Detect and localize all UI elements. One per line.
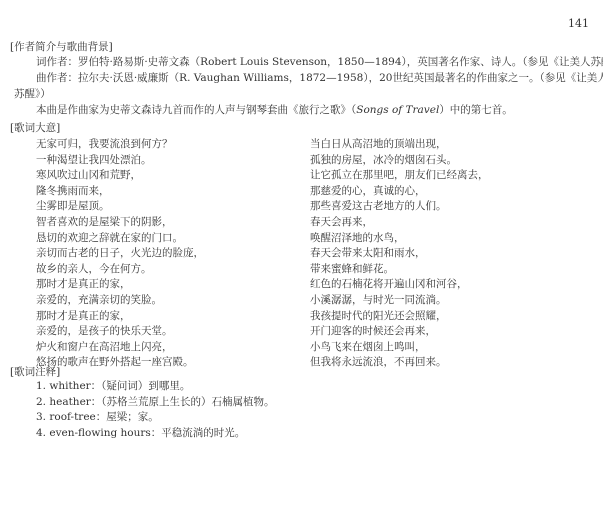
lyrics-right-column: 当白日从高沼地的顶端出现， 孤独的房屋，冰冷的烟囱石头。 让它孤立在那里吧，朋友… — [310, 137, 489, 371]
lyric-line: 春天会再来， — [310, 215, 489, 231]
lyric-line: 那慈爱的心，真诚的心， — [310, 184, 489, 200]
lyric-line: 带来蜜蜂和鲜花。 — [310, 262, 489, 278]
lyric-line: 当白日从高沼地的顶端出现， — [310, 137, 489, 153]
heading-notes: [歌词注释] — [10, 364, 60, 379]
lyric-line: 但我将永远流浪，不再回来。 — [310, 355, 489, 371]
lyricist-info: 词作者：罗伯特·路易斯·史蒂文森（Robert Louis Stevenson，… — [36, 55, 603, 70]
note-item: 4. even-flowing hours：平稳流淌的时光。 — [36, 426, 275, 442]
lyric-line: 隆冬携雨而来， — [36, 184, 204, 200]
page-number: 141 — [568, 17, 589, 30]
heading-meaning: [歌词大意] — [10, 120, 60, 135]
lyric-line: 唤醒沼泽地的水鸟， — [310, 231, 489, 247]
lyric-line: 一种渴望让我四处漂泊。 — [36, 153, 204, 169]
lyric-line: 那时才是真正的家， — [36, 309, 204, 325]
lyric-line: 小溪潺潺，与时光一同流淌。 — [310, 293, 489, 309]
lyric-line: 让它孤立在那里吧，朋友们已经离去， — [310, 168, 489, 184]
lyrics-left-column: 无家可归，我要流浪到何方？ 一种渴望让我四处漂泊。 寒风吹过山冈和荒野， 隆冬携… — [36, 137, 204, 371]
lyric-line: 孤独的房屋，冰冷的烟囱石头。 — [310, 153, 489, 169]
lyric-line: 那些喜爱这古老地方的人们。 — [310, 199, 489, 215]
lyric-line: 恳切的欢迎之辞就在家的门口。 — [36, 231, 204, 247]
lyric-line: 红色的石楠花将开遍山冈和河谷， — [310, 277, 489, 293]
lyric-line: 炉火和窗户在高沼地上闪亮， — [36, 340, 204, 356]
lyric-line: 亲爱的，是孩子的快乐天堂。 — [36, 324, 204, 340]
lyric-line: 悠扬的歌声在野外搭起一座宫殿。 — [36, 355, 204, 371]
lyric-line: 故乡的亲人，今在何方。 — [36, 262, 204, 278]
lyric-line: 我孩提时代的阳光还会照耀， — [310, 309, 489, 325]
lyric-line: 开门迎客的时候还会再来， — [310, 324, 489, 340]
lyric-line: 尘雾即是屋顶。 — [36, 199, 204, 215]
note-item: 2. heather：（苏格兰荒原上生长的）石楠属植物。 — [36, 395, 275, 411]
lyric-line: 寒风吹过山冈和荒野， — [36, 168, 204, 184]
lyric-line: 智者喜欢的是屋梁下的阴影， — [36, 215, 204, 231]
intro-text-1: 本曲是作曲家为史蒂文森诗九首而作的人声与钢琴套曲《旅行之歌》（ — [36, 104, 356, 116]
composer-info-cont: 苏醒》） — [14, 87, 51, 102]
lyric-line: 春天会带来太阳和雨水， — [310, 246, 489, 262]
cycle-title-en: Songs of Travel — [356, 104, 439, 116]
note-item: 3. roof-tree：屋梁；家。 — [36, 410, 275, 426]
lyric-line: 小鸟飞来在烟囱上鸣叫， — [310, 340, 489, 356]
intro-text-2: ）中的第七首。 — [439, 104, 513, 116]
lyric-notes: 1. whither：（疑问词）到哪里。 2. heather：（苏格兰荒原上生… — [36, 379, 275, 441]
lyric-line: 亲切而古老的日子，火光边的脸庞， — [36, 246, 204, 262]
lyric-line: 亲爱的，充满亲切的笑脸。 — [36, 293, 204, 309]
song-intro: 本曲是作曲家为史蒂文森诗九首而作的人声与钢琴套曲《旅行之歌》（Songs of … — [36, 103, 513, 118]
lyric-line: 那时才是真正的家， — [36, 277, 204, 293]
composer-info: 曲作者：拉尔夫·沃恩·威廉斯（R. Vaughan Williams，1872—… — [36, 71, 603, 86]
note-item: 1. whither：（疑问词）到哪里。 — [36, 379, 275, 395]
heading-background: [作者简介与歌曲背景] — [10, 39, 113, 54]
lyric-line: 无家可归，我要流浪到何方？ — [36, 137, 204, 153]
